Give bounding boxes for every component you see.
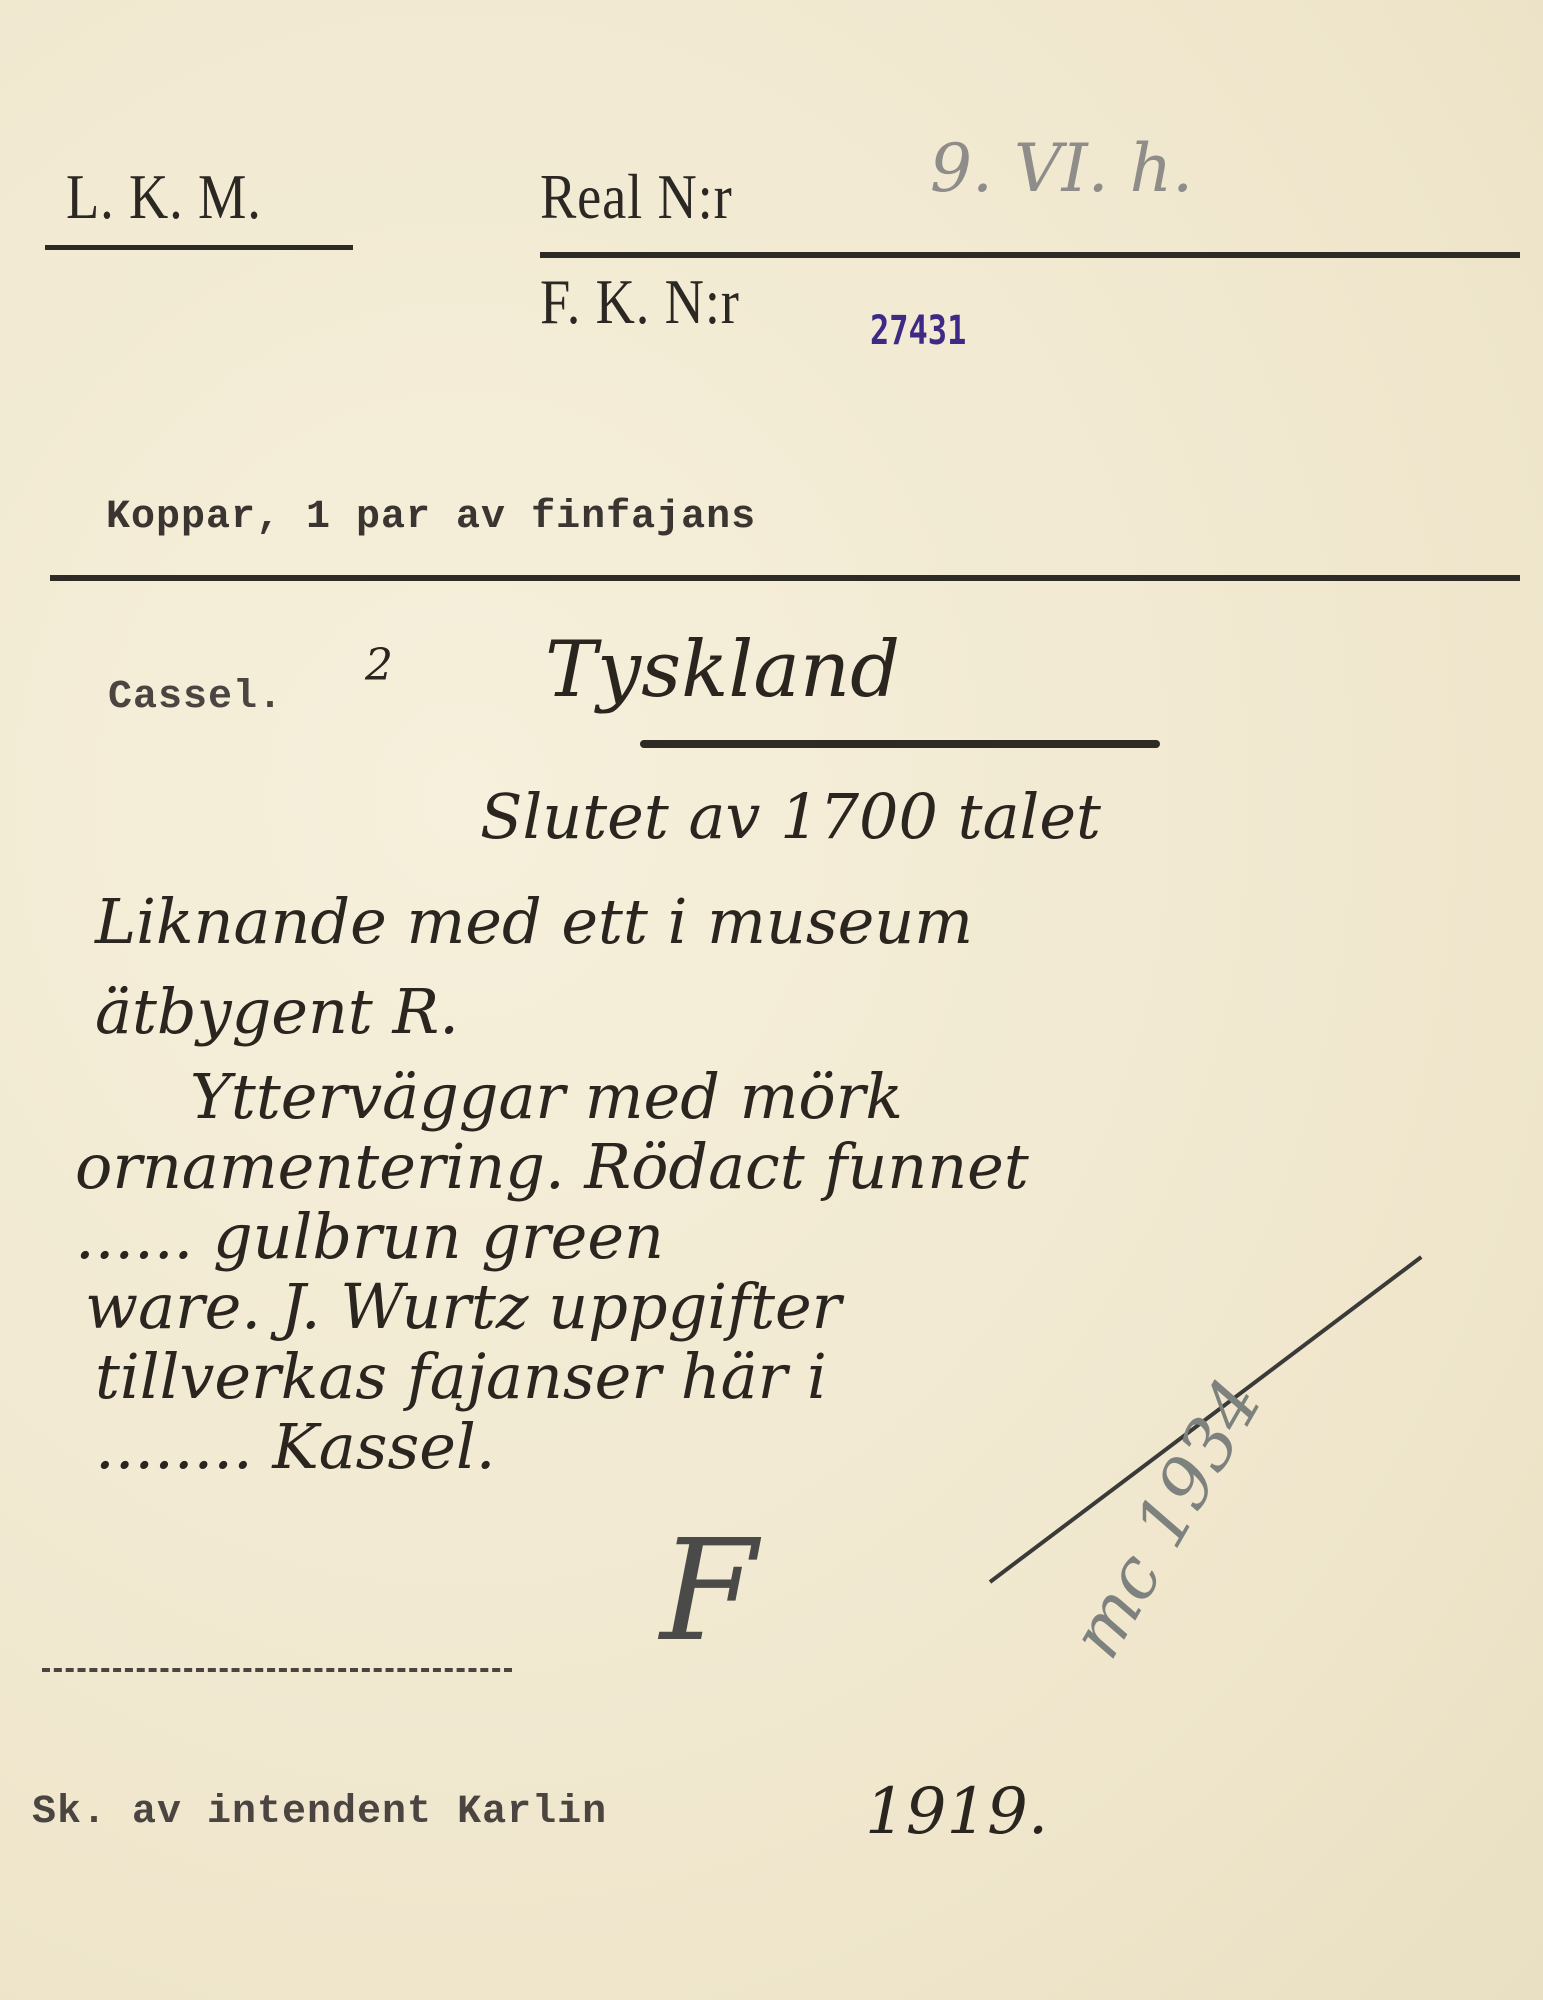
- description-line: Ytterväggar med mörk: [190, 1060, 903, 1133]
- description-line: ...... gulbrun green: [75, 1200, 664, 1273]
- description-line: tillverkas fajanser här i: [95, 1340, 827, 1413]
- real-nr-value: 9. VI. h.: [930, 130, 1193, 207]
- header-divider: [540, 252, 1520, 258]
- description-line: ätbygent R.: [95, 975, 459, 1048]
- real-nr-label: Real N:r: [540, 160, 733, 234]
- place-typed: Cassel.: [108, 675, 283, 720]
- object-title: Koppar, 1 par av finfajans: [106, 495, 756, 540]
- object-title-text: Koppar, 1 par av finfajans: [106, 495, 756, 540]
- museum-label: L. K. M.: [66, 160, 262, 234]
- description-line: ornamentering. Rödact funnet: [75, 1130, 1029, 1203]
- source-typed: Sk. av intendent Karlin: [32, 1790, 607, 1835]
- country-handwritten: Tyskland: [545, 625, 900, 715]
- description-line: Slutet av 1700 talet: [480, 780, 1101, 853]
- description-line: ware. J. Wurtz uppgifter: [85, 1270, 841, 1343]
- description-line: Liknande med ett i museum: [95, 885, 973, 958]
- separator-dashes: [42, 1668, 512, 1672]
- signature-mark: F: [660, 1510, 757, 1673]
- description-line: ........ Kassel.: [95, 1410, 496, 1483]
- country-underline: [640, 740, 1160, 748]
- fk-nr-stamp: 27431: [870, 308, 966, 354]
- source-year-handwritten: 1919.: [865, 1775, 1048, 1849]
- pencil-annotation: mc 1934: [1054, 1366, 1278, 1672]
- title-divider: [50, 575, 1520, 581]
- museum-label-underline: [45, 245, 353, 250]
- place-footnote-mark: 2: [365, 640, 393, 691]
- fk-nr-label: F. K. N:r: [540, 265, 740, 339]
